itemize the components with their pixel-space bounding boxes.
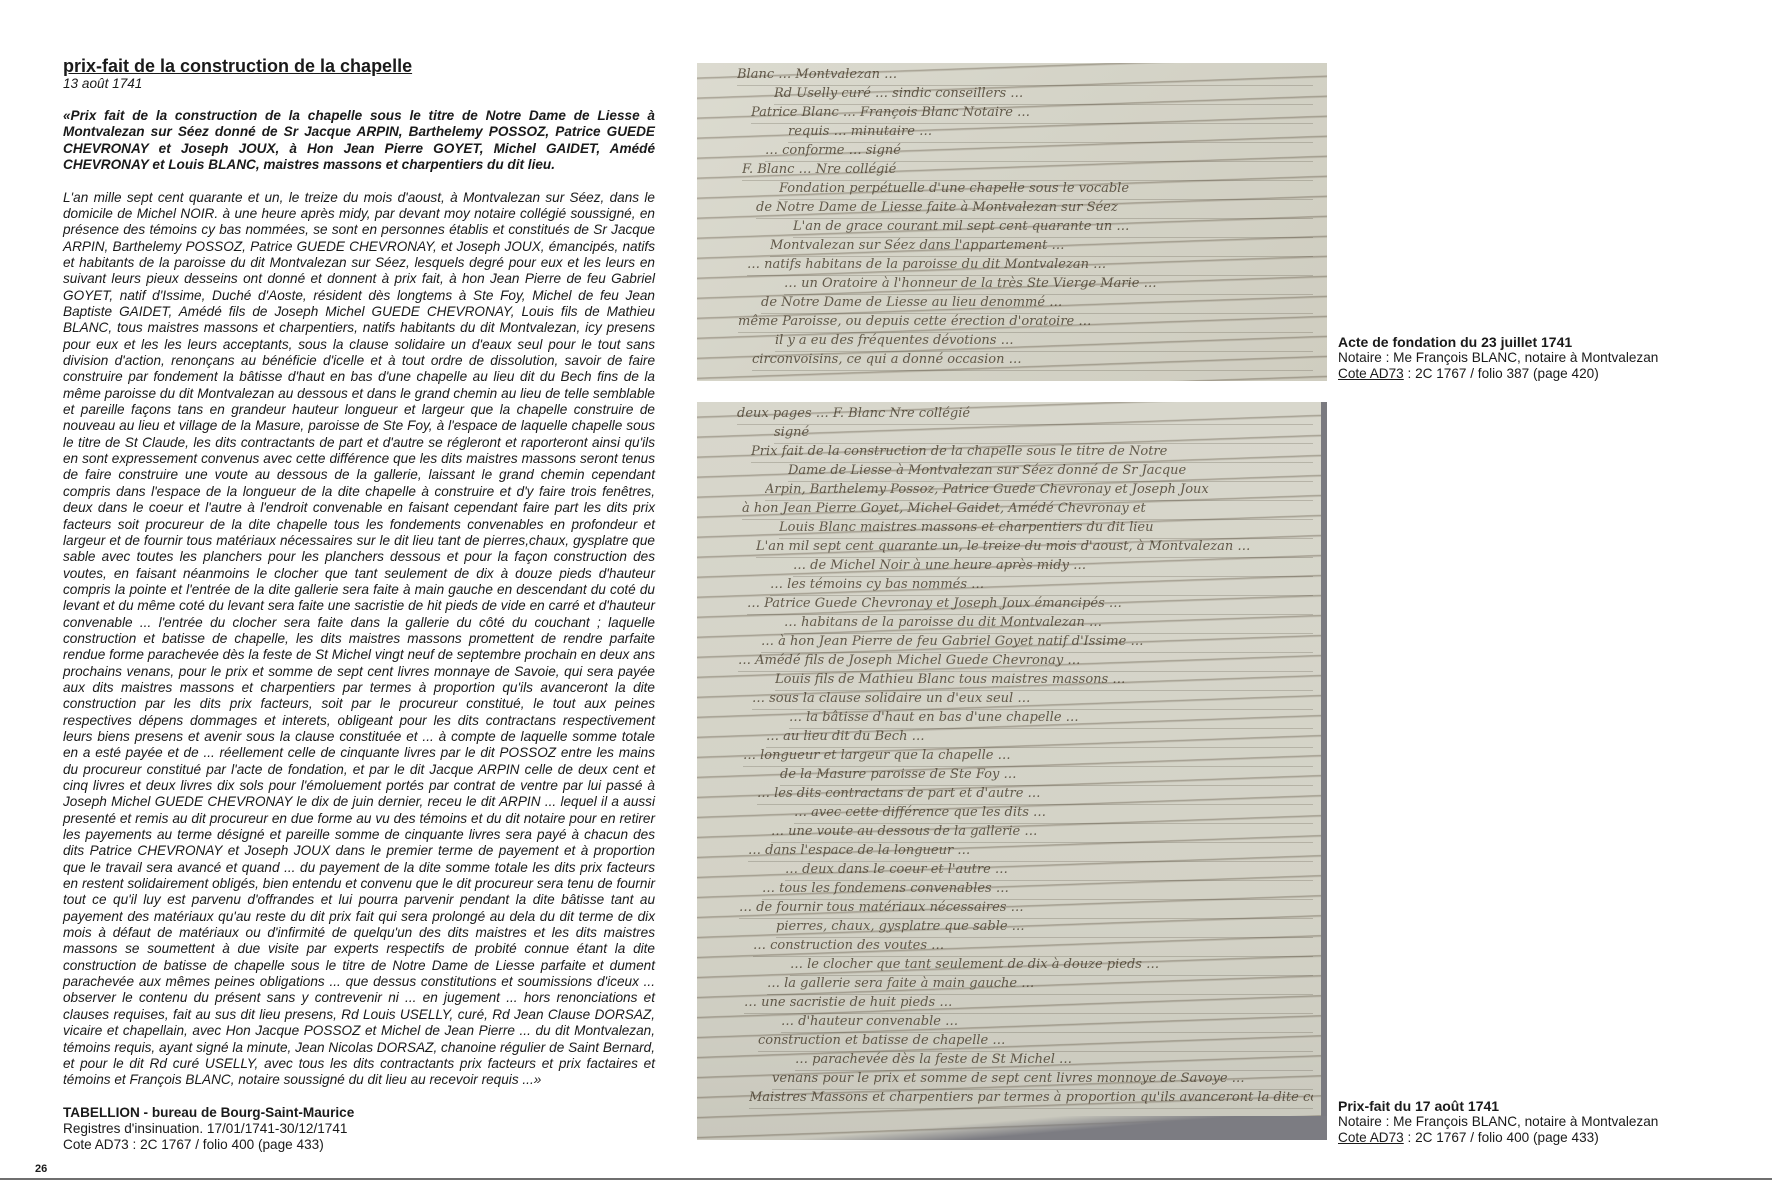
handwritten-line: … de fournir tous matériaux nécessaires … — [739, 900, 1313, 919]
caption-cote: Cote AD73 : 2C 1767 / folio 400 (page 43… — [1338, 1130, 1658, 1146]
handwritten-line: Blanc … Montvalezan … — [737, 67, 1313, 86]
handwritten-line: Louis Blanc maistres massons et charpent… — [779, 520, 1313, 539]
handwritten-line: L'an mil sept cent quarante un, le treiz… — [756, 539, 1313, 558]
handwritten-line: Fondation perpétuelle d'une chapelle sou… — [779, 181, 1313, 200]
caption-title: Prix-fait du 17 août 1741 — [1338, 1098, 1658, 1114]
document-date: 13 août 1741 — [63, 76, 655, 92]
cote-link[interactable]: Cote AD73 — [1338, 1130, 1404, 1145]
cote-detail: : 2C 1767 / folio 387 (page 420) — [1404, 366, 1599, 381]
handwritten-line: construction et batisse de chapelle … — [758, 1033, 1313, 1052]
source-reference: TABELLION - bureau de Bourg-Saint-Mauric… — [63, 1105, 655, 1154]
handwritten-line: signé — [774, 425, 1313, 444]
handwritten-line: requis … minutaire … — [788, 124, 1313, 143]
source-register: Registres d'insinuation. 17/01/1741-30/1… — [63, 1121, 655, 1137]
handwritten-line: … de Michel Noir à une heure après midy … — [793, 558, 1313, 577]
handwritten-line: … les dits contractans de part et d'autr… — [757, 786, 1313, 805]
handwritten-line: … sous la clause solidaire un d'eux seul… — [752, 691, 1313, 710]
handwritten-line: L'an de grace courant mil sept cent quar… — [793, 219, 1313, 238]
handwritten-line: circonvoisins, ce qui a donné occasion … — [752, 352, 1313, 371]
caption-fondation: Acte de fondation du 23 juillet 1741 Not… — [1338, 334, 1658, 382]
handwritten-line: … d'hauteur convenable … — [781, 1014, 1313, 1033]
act-summary: «Prix fait de la construction de la chap… — [63, 108, 655, 174]
handwritten-line: … parachevée dès la feste de St Michel … — [795, 1052, 1313, 1071]
manuscript-image-prix-fait: deux pages … F. Blanc Nre collégiésignéP… — [697, 402, 1327, 1140]
handwritten-line: … la bâtisse d'haut en bas d'une chapell… — [789, 710, 1313, 729]
handwritten-line: … Amédé fils de Joseph Michel Guede Chev… — [738, 653, 1313, 672]
caption-prix-fait: Prix-fait du 17 août 1741 Notaire : Me F… — [1338, 1098, 1658, 1146]
handwritten-line: … une voute au dessous de la gallerie … — [771, 824, 1313, 843]
caption-notary: Notaire : Me François BLANC, notaire à M… — [1338, 1114, 1658, 1130]
caption-title: Acte de fondation du 23 juillet 1741 — [1338, 334, 1658, 350]
handwritten-line: à hon Jean Pierre Goyet, Michel Gaidet, … — [742, 501, 1313, 520]
caption-notary: Notaire : Me François BLANC, notaire à M… — [1338, 350, 1658, 366]
cote-detail: : 2C 1767 / folio 400 (page 433) — [1404, 1130, 1599, 1145]
handwritten-line: … la gallerie sera faite à main gauche … — [767, 976, 1313, 995]
handwritten-line: … Patrice Guede Chevronay et Joseph Joux… — [747, 596, 1313, 615]
handwritten-line: venans pour le prix et somme de sept cen… — [772, 1071, 1313, 1090]
act-transcription: L'an mille sept cent quarante et un, le … — [63, 190, 655, 1089]
handwritten-line: Rd Uselly curé … sindic conseillers … — [774, 86, 1313, 105]
handwritten-line: de Notre Dame de Liesse faite à Montvale… — [756, 200, 1313, 219]
handwritten-line: Maistres Massons et charpentiers par ter… — [749, 1090, 1313, 1109]
handwritten-line: deux pages … F. Blanc Nre collégié — [737, 406, 1313, 425]
handwritten-line: … natifs habitans de la paroisse du dit … — [747, 257, 1313, 276]
handwritten-line: … à hon Jean Pierre de feu Gabriel Goyet… — [761, 634, 1313, 653]
handwritten-line: pierres, chaux, gysplatre que sable … — [776, 919, 1313, 938]
manuscript-image-fondation: Blanc … Montvalezan …Rd Uselly curé … si… — [697, 63, 1327, 381]
photo-torn-edge — [697, 1116, 1327, 1140]
handwritten-line: … une sacristie de huit pieds … — [744, 995, 1313, 1014]
footer-rule — [0, 1178, 1772, 1180]
page-title: prix-fait de la construction de la chape… — [63, 56, 655, 76]
source-title: TABELLION - bureau de Bourg-Saint-Mauric… — [63, 1105, 655, 1121]
handwritten-line: … conforme … signé — [765, 143, 1313, 162]
handwritten-line: … habitans de la paroisse du dit Montval… — [784, 615, 1313, 634]
page-number: 26 — [35, 1163, 47, 1175]
handwritten-line: Arpin, Barthelemy Possoz, Patrice Guede … — [765, 482, 1313, 501]
handwritten-line: Dame de Liesse à Montvalezan sur Séez do… — [788, 463, 1313, 482]
handwritten-line: … le clocher que tant seulement de dix à… — [790, 957, 1313, 976]
handwritten-line: … longueur et largeur que la chapelle … — [743, 748, 1313, 767]
handwritten-line: … dans l'espace de la longueur … — [748, 843, 1313, 862]
handwritten-line: il y a eu des fréquentes dévotions … — [775, 333, 1313, 352]
photo-edge — [1321, 402, 1327, 1140]
handwritten-line: … un Oratoire à l'honneur de la très Ste… — [784, 276, 1313, 295]
handwritten-line: … avec cette différence que les dits … — [794, 805, 1313, 824]
handwritten-line: … construction des voutes … — [753, 938, 1313, 957]
handwritten-line: … au lieu dit du Bech … — [766, 729, 1313, 748]
handwritten-line: même Paroisse, ou depuis cette érection … — [738, 314, 1313, 333]
handwritten-line: Patrice Blanc … François Blanc Notaire … — [751, 105, 1313, 124]
handwritten-line: … les témoins cy bas nommés … — [770, 577, 1313, 596]
handwritten-line: F. Blanc … Nre collégié — [742, 162, 1313, 181]
handwritten-line: Louis fils de Mathieu Blanc tous maistre… — [775, 672, 1313, 691]
handwritten-line: … tous les fondemens convenables … — [762, 881, 1313, 900]
caption-cote: Cote AD73 : 2C 1767 / folio 387 (page 42… — [1338, 366, 1658, 382]
handwritten-line: … deux dans le coeur et l'autre … — [785, 862, 1313, 881]
handwritten-line: de la Masure paroisse de Ste Foy … — [780, 767, 1313, 786]
article-column: prix-fait de la construction de la chape… — [63, 56, 655, 1154]
handwritten-line: Prix fait de la construction de la chape… — [751, 444, 1313, 463]
handwritten-line: de Notre Dame de Liesse au lieu denommé … — [761, 295, 1313, 314]
cote-link[interactable]: Cote AD73 — [1338, 366, 1404, 381]
source-cote: Cote AD73 : 2C 1767 / folio 400 (page 43… — [63, 1137, 655, 1153]
handwritten-line: Montvalezan sur Séez dans l'appartement … — [770, 238, 1313, 257]
